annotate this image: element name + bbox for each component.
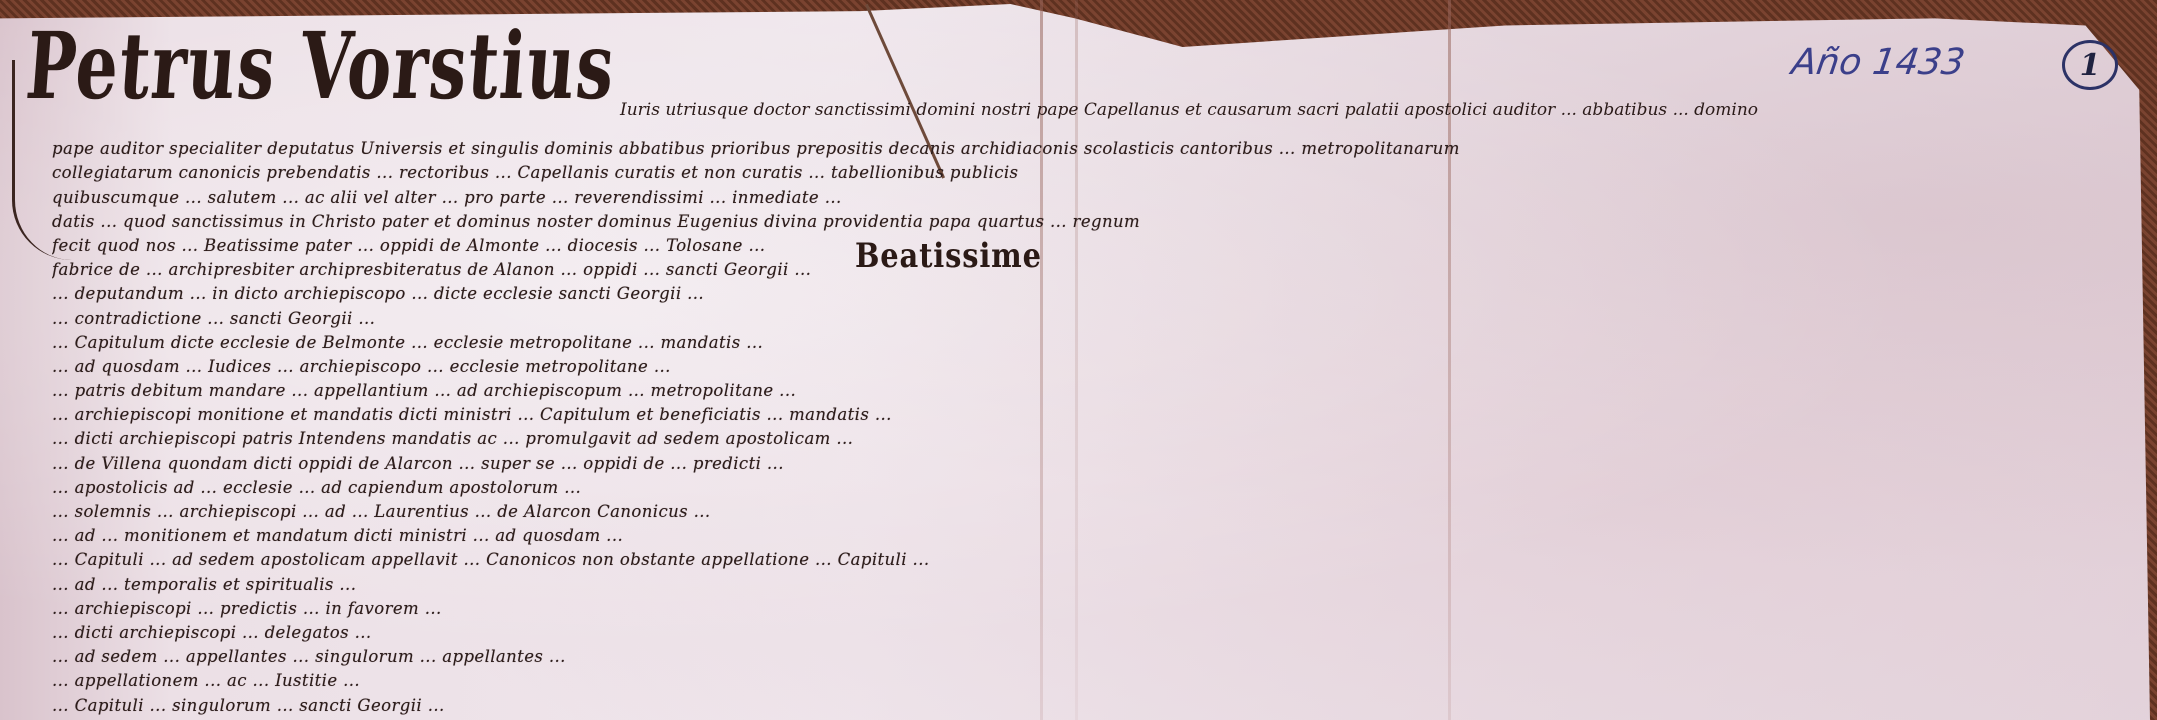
text-line: quibuscumque ... salutem ... ac alii vel… bbox=[52, 186, 2142, 210]
document-heading: Petrus Vorstius bbox=[23, 20, 619, 112]
text-line: collegiatarum canonicis prebendatis ... … bbox=[52, 161, 2142, 185]
text-line: ... archiepiscopi ... predictis ... in f… bbox=[52, 597, 2142, 621]
folio-number-badge: 1 bbox=[2062, 40, 2118, 90]
emphasized-word: Beatissime bbox=[855, 236, 1042, 276]
text-line: fabrice de ... archipresbiter archipresb… bbox=[52, 258, 2142, 282]
text-line: ... solemnis ... archiepiscopi ... ad ..… bbox=[52, 500, 2142, 524]
text-line: fecit quod nos ... Beatissime pater ... … bbox=[52, 234, 2142, 258]
text-line: ... ad sedem ... appellantes ... singulo… bbox=[52, 645, 2142, 669]
text-line: ... appellationem ... ac ... Iustitie ..… bbox=[52, 669, 2142, 693]
text-line: ... de Villena quondam dicti oppidi de A… bbox=[52, 452, 2142, 476]
text-line: ... dicti archiepiscopi patris Intendens… bbox=[52, 427, 2142, 451]
year-annotation: Año 1433 bbox=[1789, 42, 1967, 83]
text-line: ... archiepiscopi monitione et mandatis … bbox=[52, 403, 2142, 427]
text-line: ... Capituli ... ad sedem apostolicam ap… bbox=[52, 548, 2142, 572]
text-line: ... Capitulum dicte ecclesie de Belmonte… bbox=[52, 331, 2142, 355]
text-line: ... deputandum ... in dicto archiepiscop… bbox=[52, 282, 2142, 306]
manuscript-body: pape auditor specialiter deputatus Unive… bbox=[52, 113, 2142, 718]
text-line: ... ad ... monitionem et mandatum dicti … bbox=[52, 524, 2142, 548]
text-line: ... Capituli ... singulorum ... sancti G… bbox=[52, 694, 2142, 718]
text-line: pape auditor specialiter deputatus Unive… bbox=[52, 137, 2142, 161]
text-line: ... ad quosdam ... Iudices ... archiepis… bbox=[52, 355, 2142, 379]
text-line: datis ... quod sanctissimus in Christo p… bbox=[52, 210, 2142, 234]
text-line: ... dicti archiepiscopi ... delegatos ..… bbox=[52, 621, 2142, 645]
text-line: ... contradictione ... sancti Georgii ..… bbox=[52, 307, 2142, 331]
text-line: ... apostolicis ad ... ecclesie ... ad c… bbox=[52, 476, 2142, 500]
text-line: ... patris debitum mandare ... appellant… bbox=[52, 379, 2142, 403]
text-line: ... ad ... temporalis et spiritualis ... bbox=[52, 573, 2142, 597]
